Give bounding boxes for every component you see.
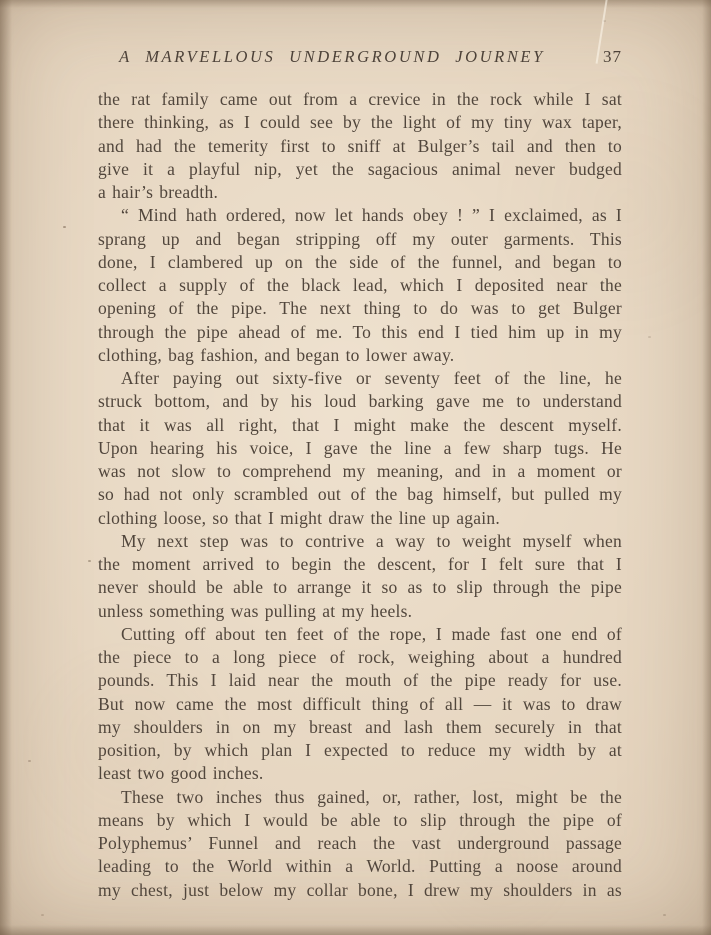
page-header: A MARVELLOUS UNDERGROUND JOURNEY 37 (98, 47, 622, 71)
text-line: clothing, bag fashion, and began to lowe… (98, 344, 622, 367)
text-line: my shoulders in on my breast and lash th… (98, 716, 622, 739)
text-line: position, by which plan I expected to re… (98, 739, 622, 762)
text-line: Cutting off about ten feet of the rope, … (98, 623, 622, 646)
text-line: give it a playful nip, yet the sagacious… (98, 158, 622, 181)
text-line: done, I clambered up on the side of the … (98, 251, 622, 274)
text-line: there thinking, as I could see by the li… (98, 111, 622, 134)
text-line: was not slow to comprehend my meaning, a… (98, 460, 622, 483)
text-line: My next step was to contrive a way to we… (98, 530, 622, 553)
scan-edge-left (0, 0, 12, 935)
text-line: collect a supply of the black lead, whic… (98, 274, 622, 297)
text-line: a hair’s breadth. (98, 181, 622, 204)
text-line: Polyphemus’ Funnel and reach the vast un… (98, 832, 622, 855)
book-page-scan: A MARVELLOUS UNDERGROUND JOURNEY 37 the … (0, 0, 711, 935)
text-line: clothing loose, so that I might draw the… (98, 507, 622, 530)
text-line: the moment arrived to begin the descent,… (98, 553, 622, 576)
page-number: 37 (603, 47, 622, 67)
text-line: sprang up and began stripping off my out… (98, 228, 622, 251)
scan-edge-top (0, 0, 711, 8)
text-line: pounds. This I laid near the mouth of th… (98, 669, 622, 692)
text-line: Upon hearing his voice, I gave the line … (98, 437, 622, 460)
text-line: so had not only scrambled out of the bag… (98, 483, 622, 506)
text-line: unless something was pulling at my heels… (98, 600, 622, 623)
text-line: These two inches thus gained, or, rather… (98, 786, 622, 809)
text-line: never should be able to arrange it so as… (98, 576, 622, 599)
text-line: struck bottom, and by his loud barking g… (98, 390, 622, 413)
text-line: means by which I would be able to slip t… (98, 809, 622, 832)
text-line: But now came the most difficult thing of… (98, 693, 622, 716)
text-line: the rat family came out from a crevice i… (98, 88, 622, 111)
text-line: the piece to a long piece of rock, weigh… (98, 646, 622, 669)
text-line: and had the temerity first to sniff at B… (98, 135, 622, 158)
scan-edge-right (702, 0, 711, 935)
text-line: After paying out sixty-five or seventy f… (98, 367, 622, 390)
scan-speck (63, 226, 66, 228)
text-line: that it was all right, that I might make… (98, 414, 622, 437)
body-text-block: the rat family came out from a crevice i… (98, 88, 622, 902)
running-header-title: A MARVELLOUS UNDERGROUND JOURNEY (98, 47, 566, 67)
text-line: “ Mind hath ordered, now let hands obey … (98, 204, 622, 227)
text-line: my chest, just below my collar bone, I d… (98, 879, 622, 902)
text-line: leading to the World within a World. Put… (98, 855, 622, 878)
text-line: through the pipe ahead of me. To this en… (98, 321, 622, 344)
text-line: opening of the pipe. The next thing to d… (98, 297, 622, 320)
scan-edge-bottom (0, 925, 711, 935)
text-line: least two good inches. (98, 762, 622, 785)
